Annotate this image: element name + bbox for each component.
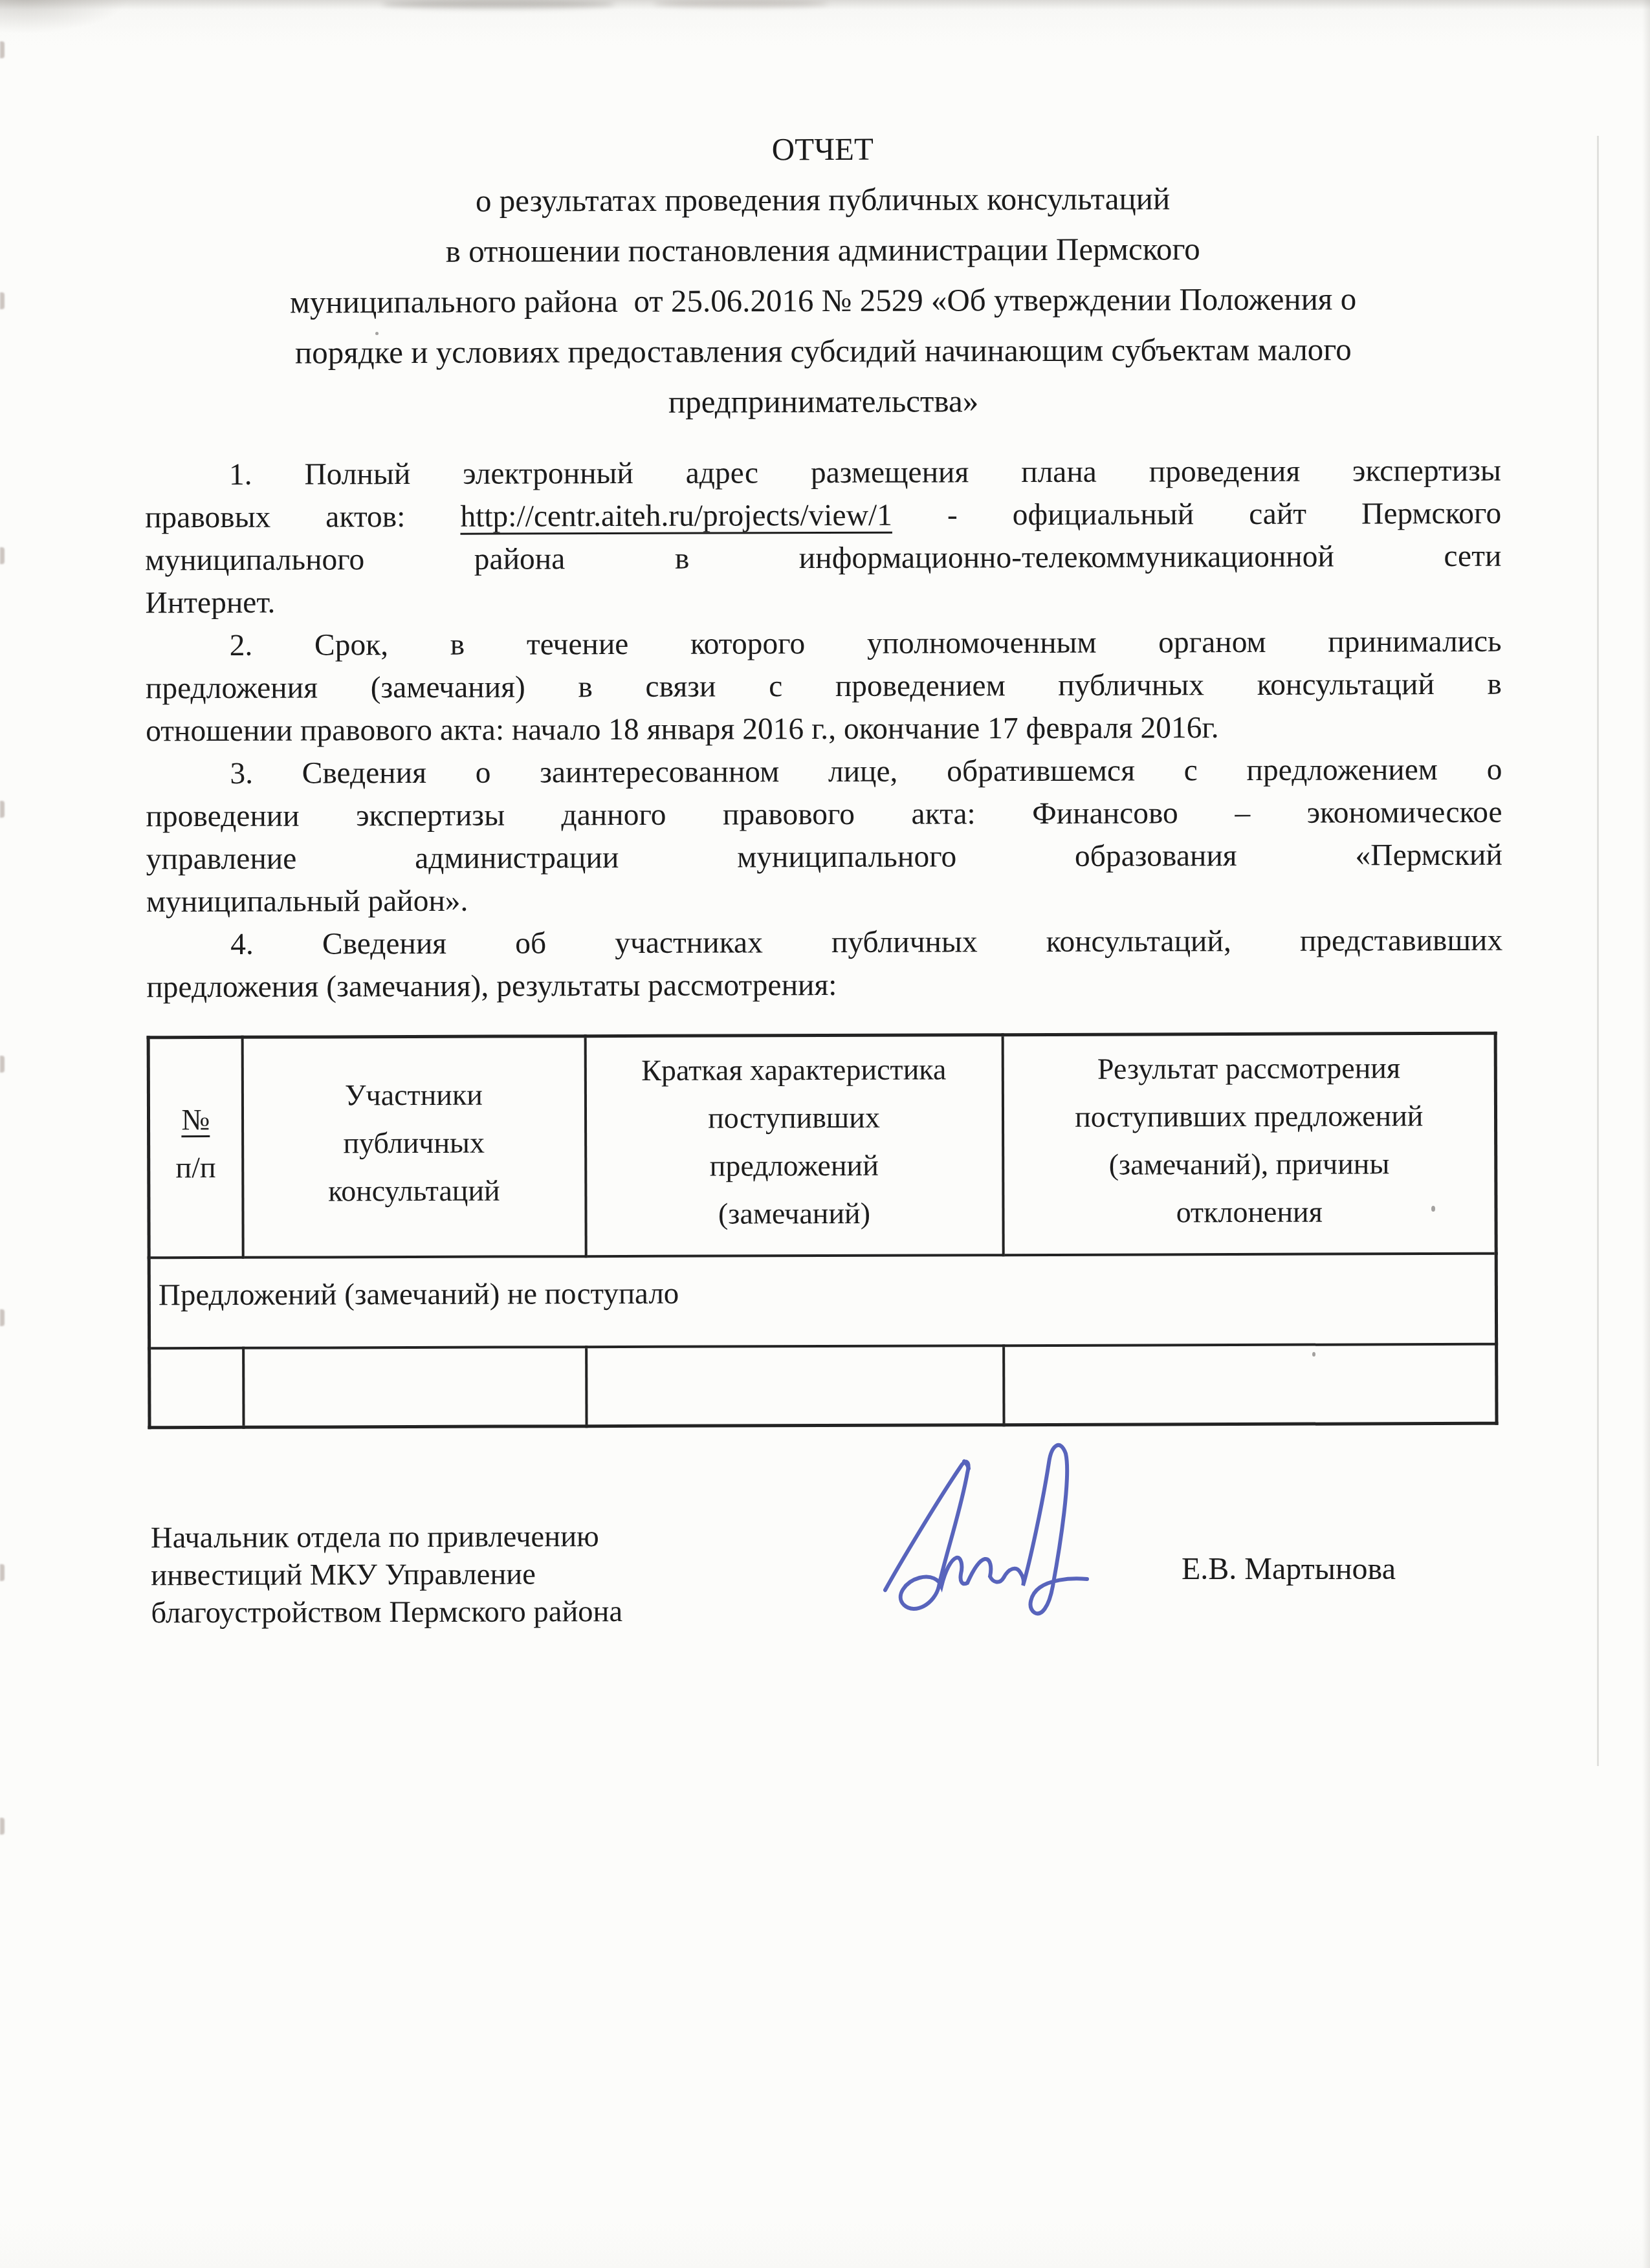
p2-line3: отношении правового акта: начало 18 янва…: [146, 706, 1502, 753]
header-result-line3: (замечаний), причины: [1016, 1140, 1483, 1189]
title-line-6: предпринимательства»: [0, 374, 1649, 430]
title-line-4: муниципального района от 25.06.2016 № 25…: [0, 273, 1648, 329]
p3-line3: управление администрации муниципального …: [146, 834, 1502, 881]
header-cell-result: Результат рассмотрения поступивших предл…: [1002, 1033, 1496, 1255]
scanned-document-page: ОТЧЕТ о результатах проведения публичных…: [0, 0, 1650, 2268]
header-characteristic-line2: поступивших: [598, 1093, 989, 1142]
header-result-line1: Результат рассмотрения: [1015, 1044, 1482, 1093]
handwritten-signature: [879, 1427, 1150, 1647]
header-participants-line1: Участники: [255, 1071, 572, 1120]
header-cell-number: № п/п: [148, 1037, 243, 1258]
header-characteristic-line3: предложений: [599, 1141, 990, 1190]
paragraph-3: 3. Сведения о заинтересованном лице, обр…: [146, 748, 1502, 924]
p3-line4: муниципальный район».: [146, 877, 1502, 924]
document-content: ОТЧЕТ о результатах проведения публичных…: [0, 0, 1650, 1633]
empty-cell-result: [1004, 1344, 1497, 1425]
p1-line3: муниципального района в информационно-те…: [145, 535, 1501, 582]
empty-cell-characteristic: [586, 1346, 1004, 1426]
header-participants-line3: консультаций: [256, 1166, 573, 1216]
title-line-1: ОТЧЕТ: [0, 122, 1647, 177]
scan-artifact-edge-mark: [0, 1818, 5, 1835]
title-line-5: порядке и условиях предоставления субсид…: [0, 323, 1648, 379]
document-title: ОТЧЕТ о результатах проведения публичных…: [0, 0, 1649, 430]
table-header-row: № п/п Участники публичных консультаций К…: [148, 1033, 1496, 1258]
no-proposals-cell: Предложений (замечаний) не поступало: [149, 1254, 1496, 1349]
header-result-line2: поступивших предложений: [1015, 1092, 1482, 1141]
p2-line2: предложения (замечания) в связи с провед…: [146, 663, 1502, 710]
header-characteristic-line4: (замечаний): [599, 1189, 990, 1238]
paragraph-2: 2. Срок, в течение которого уполномоченн…: [146, 620, 1502, 753]
paragraph-1: 1. Полный электронный адрес размещения п…: [145, 450, 1502, 625]
header-cell-participants: Участники публичных консультаций: [242, 1036, 586, 1258]
no-proposals-row: Предложений (замечаний) не поступало: [149, 1254, 1496, 1349]
header-participants-line2: публичных: [256, 1118, 573, 1168]
p1-line2: правовых актов: http://centr.aiteh.ru/pr…: [145, 492, 1501, 540]
header-result-line4: отклонения: [1016, 1188, 1483, 1237]
header-cell-characteristic: Краткая характеристика поступивших предл…: [585, 1035, 1003, 1257]
p1-line2-prefix: правовых актов:: [145, 500, 460, 535]
p2-line1: 2. Срок, в течение которого уполномоченн…: [146, 620, 1502, 668]
p1-line4: Интернет.: [145, 578, 1501, 625]
paragraph-4: 4. Сведения об участниках публичных конс…: [146, 919, 1502, 1009]
p3-line1: 3. Сведения о заинтересованном лице, обр…: [146, 748, 1502, 796]
consultation-results-table: № п/п Участники публичных консультаций К…: [147, 1032, 1499, 1430]
plan-url-text: http://centr.aiteh.ru/projects/view/1: [460, 499, 892, 534]
p1-line1: 1. Полный электронный адрес размещения п…: [145, 450, 1501, 497]
header-number-line1: №: [162, 1096, 230, 1144]
title-line-3: в отношении постановления администрации …: [0, 223, 1648, 278]
document-body: 1. Полный электронный адрес размещения п…: [145, 450, 1503, 1009]
empty-cell-participants: [243, 1347, 586, 1427]
p1-line2-suffix: - официальный сайт Пермского: [892, 497, 1501, 532]
header-characteristic-line1: Краткая характеристика: [598, 1045, 989, 1095]
p3-line2: проведении экспертизы данного правового …: [146, 791, 1502, 838]
p4-line2: предложения (замечания), результаты расс…: [146, 962, 1502, 1009]
header-number-line2: п/п: [162, 1144, 230, 1192]
empty-cell-number: [149, 1348, 243, 1428]
p4-line1: 4. Сведения об участниках публичных конс…: [146, 919, 1502, 966]
title-line-2: о результатах проведения публичных консу…: [0, 172, 1648, 228]
signatory-name: Е.В. Мартынова: [1182, 1551, 1396, 1587]
empty-table-row: [149, 1344, 1497, 1428]
